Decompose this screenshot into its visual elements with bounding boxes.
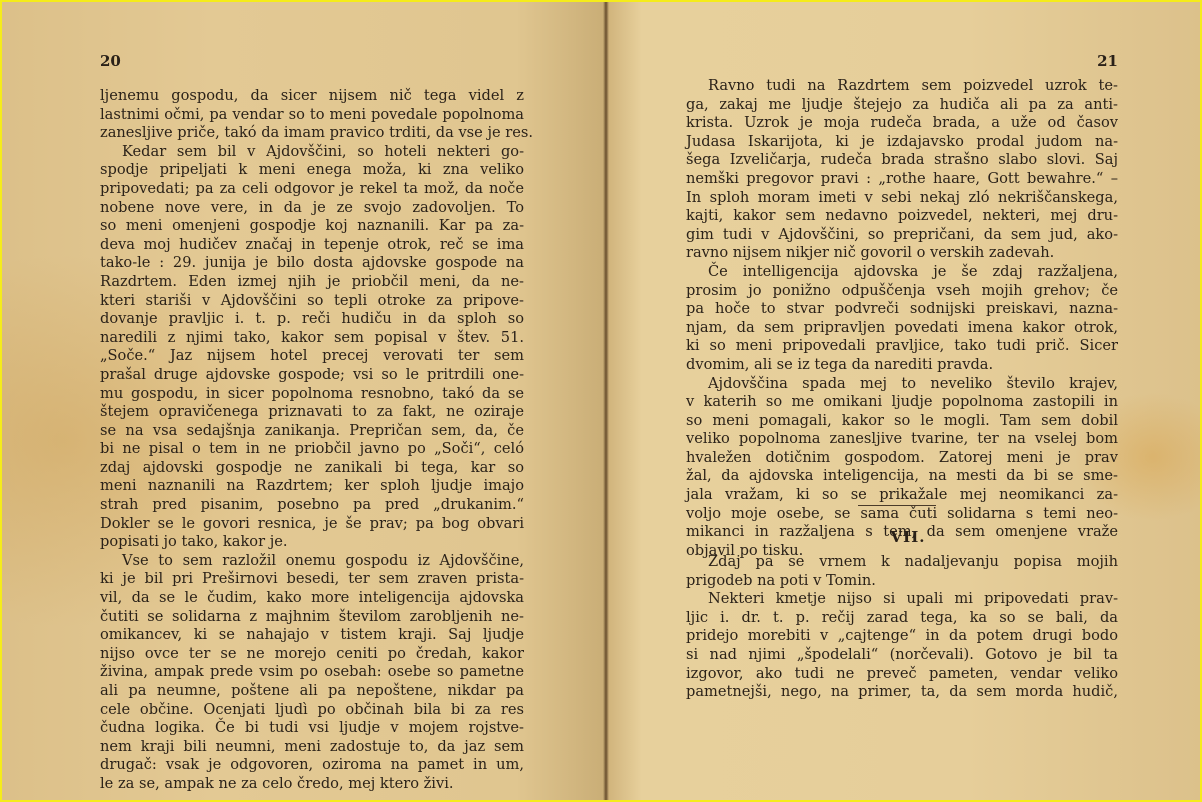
text-line: naredili z njimi tako, kakor sem popisal… bbox=[100, 329, 524, 348]
text-line: živina, ampak prede vsim po osebah: oseb… bbox=[100, 663, 524, 682]
text-line: Če intelligencija ajdovska je še zdaj ra… bbox=[686, 263, 1118, 282]
text-line: voljo moje osebe, se sama čuti solidarna… bbox=[686, 505, 1118, 524]
right-page-section-text: Zdaj pa se vrnem k nadaljevanju popisa m… bbox=[686, 553, 1118, 702]
text-line: ki so meni pripovedali pravljice, tako t… bbox=[686, 337, 1118, 356]
text-line: dvomim, ali se iz tega da narediti pravd… bbox=[686, 356, 1118, 375]
text-line: vil, da se le čudim, kako more inteligen… bbox=[100, 589, 524, 608]
book-gutter bbox=[603, 2, 609, 800]
text-line: nobene nove vere, in da je ze svojo zado… bbox=[100, 199, 524, 218]
text-line: spodje pripeljati k meni enega moža, ki … bbox=[100, 161, 524, 180]
text-line: pa hoče to stvar podvreči sodnijski prei… bbox=[686, 300, 1118, 319]
text-line: le za se, ampak ne za celo čredo, mej kt… bbox=[100, 775, 524, 794]
text-line: pridejo morebiti v „cajtenge“ in da pote… bbox=[686, 627, 1118, 646]
text-line: prigodeb na poti v Tomin. bbox=[686, 572, 1118, 591]
text-line: pripovedati; pa za celi odgovor je rekel… bbox=[100, 180, 524, 199]
text-line: pametnejši, nego, na primer, ta, da sem … bbox=[686, 683, 1118, 702]
book-spread: 20 ljenemu gospodu, da sicer nijsem nič … bbox=[2, 2, 1200, 800]
page-number-right: 21 bbox=[1097, 52, 1118, 70]
text-line: deva moj hudičev značaj in tepenje otrok… bbox=[100, 236, 524, 255]
text-line: ravno nijsem nikjer nič govoril o verski… bbox=[686, 244, 1118, 263]
text-line: nijso ovce ter se ne morejo ceniti po čr… bbox=[100, 645, 524, 664]
text-line: dovanje pravljic i. t. p. reči hudiču in… bbox=[100, 310, 524, 329]
text-line: hvaležen dotičnim gospodom. Zatorej meni… bbox=[686, 449, 1118, 468]
right-page-text: Ravno tudi na Razdrtem sem poizvedel uzr… bbox=[686, 77, 1118, 560]
text-line: meni naznanili na Razdrtem; ker sploh lj… bbox=[100, 477, 524, 496]
text-line: prosim jo ponižno odpuščenja vseh mojih … bbox=[686, 282, 1118, 301]
text-line: v katerih so me omikani ljudje popolnoma… bbox=[686, 393, 1118, 412]
text-line: omikancev, ki se nahajajo v tistem kraji… bbox=[100, 626, 524, 645]
text-line: Dokler se le govori resnica, je še prav;… bbox=[100, 515, 524, 534]
text-line: si nad njimi „špodelali“ (norčevali). Go… bbox=[686, 646, 1118, 665]
text-line: bi ne pisal o tem in ne priobčil javno p… bbox=[100, 440, 524, 459]
section-heading: VII. bbox=[606, 528, 1200, 546]
text-line: popisati jo tako, kakor je. bbox=[100, 533, 524, 552]
text-line: ljenemu gospodu, da sicer nijsem nič teg… bbox=[100, 87, 524, 106]
text-line: so meni pomagali, kakor so le mogli. Tam… bbox=[686, 412, 1118, 431]
text-line: nemški pregovor pravi : „rothe haare, Go… bbox=[686, 170, 1118, 189]
text-line: ki je bil pri Preširnovi besedi, ter sem… bbox=[100, 570, 524, 589]
left-page-text: ljenemu gospodu, da sicer nijsem nič teg… bbox=[100, 87, 524, 794]
text-line: Kedar sem bil v Ajdovščini, so hoteli ne… bbox=[100, 143, 524, 162]
text-line: tako-le : 29. junija je bilo dosta ajdov… bbox=[100, 254, 524, 273]
text-line: In sploh moram imeti v sebi nekaj zló ne… bbox=[686, 189, 1118, 208]
text-line: Ajdovščina spada mej to neveliko število… bbox=[686, 375, 1118, 394]
text-line: ljic i. dr. t. p. rečij zarad tega, ka s… bbox=[686, 609, 1118, 628]
text-line: nem kraji bili neumni, meni zadostuje to… bbox=[100, 738, 524, 757]
text-line: prašal druge ajdovske gospode; vsi so le… bbox=[100, 366, 524, 385]
text-line: Judasa Iskarijota, ki je izdajavsko prod… bbox=[686, 133, 1118, 152]
text-line: zanesljive priče, takó da imam pravico t… bbox=[100, 124, 524, 143]
text-line: zdaj ajdovski gospodje ne zanikali bi te… bbox=[100, 459, 524, 478]
text-line: „Soče.“ Jaz nijsem hotel precej verovati… bbox=[100, 347, 524, 366]
text-line: izgovor, ako tudi ne preveč pameten, ven… bbox=[686, 665, 1118, 684]
text-line: krista. Uzrok je moja rudeča brada, a už… bbox=[686, 114, 1118, 133]
text-line: čutiti se solidarna z majhnim številom z… bbox=[100, 608, 524, 627]
text-line: Razdrtem. Eden izmej njih je priobčil me… bbox=[100, 273, 524, 292]
text-line: drugač: vsak je odgovoren, oziroma na pa… bbox=[100, 756, 524, 775]
text-line: ali pa neumne, poštene ali pa nepoštene,… bbox=[100, 682, 524, 701]
text-line: cele občine. Ocenjati ljudì po občinah b… bbox=[100, 701, 524, 720]
text-line: kteri stariši v Ajdovščini so tepli otro… bbox=[100, 292, 524, 311]
text-line: ga, zakaj me ljudje štejejo za hudiča al… bbox=[686, 96, 1118, 115]
left-page: 20 ljenemu gospodu, da sicer nijsem nič … bbox=[2, 2, 606, 800]
text-line: šega Izveličarja, rudeča brada strašno s… bbox=[686, 151, 1118, 170]
text-line: jala vražam, ki so se prikažale mej neom… bbox=[686, 486, 1118, 505]
text-line: Ravno tudi na Razdrtem sem poizvedel uzr… bbox=[686, 77, 1118, 96]
text-line: lastnimi očmi, pa vendar so to meni pove… bbox=[100, 106, 524, 125]
text-line: strah pred pisanim, posebno pa pred „dru… bbox=[100, 496, 524, 515]
text-line: čudna logika. Če bi tudi vsi ljudje v mo… bbox=[100, 719, 524, 738]
text-line: štejem opravičenega priznavati to za fak… bbox=[100, 403, 524, 422]
page-number-left: 20 bbox=[100, 52, 121, 70]
section-divider bbox=[858, 505, 936, 506]
text-line: so meni omenjeni gospodje koj naznanili.… bbox=[100, 217, 524, 236]
text-line: se na vsa sedajšnja zanikanja. Prepričan… bbox=[100, 422, 524, 441]
right-page: 21 Ravno tudi na Razdrtem sem poizvedel … bbox=[606, 2, 1200, 800]
text-line: gim tudi v Ajdovščini, so prepričani, da… bbox=[686, 226, 1118, 245]
text-line: Zdaj pa se vrnem k nadaljevanju popisa m… bbox=[686, 553, 1118, 572]
text-line: kajti, kakor sem nedavno poizvedel, nekt… bbox=[686, 207, 1118, 226]
text-line: žal, da ajdovska inteligencija, na mesti… bbox=[686, 467, 1118, 486]
text-line: njam, da sem pripravljen povedati imena … bbox=[686, 319, 1118, 338]
text-line: Nekteri kmetje nijso si upali mi pripove… bbox=[686, 590, 1118, 609]
text-line: mu gospodu, in sicer popolnoma resnobno,… bbox=[100, 385, 524, 404]
text-line: Vse to sem razložil onemu gospodu iz Ajd… bbox=[100, 552, 524, 571]
text-line: veliko popolnoma zanesljive tvarine, ter… bbox=[686, 430, 1118, 449]
